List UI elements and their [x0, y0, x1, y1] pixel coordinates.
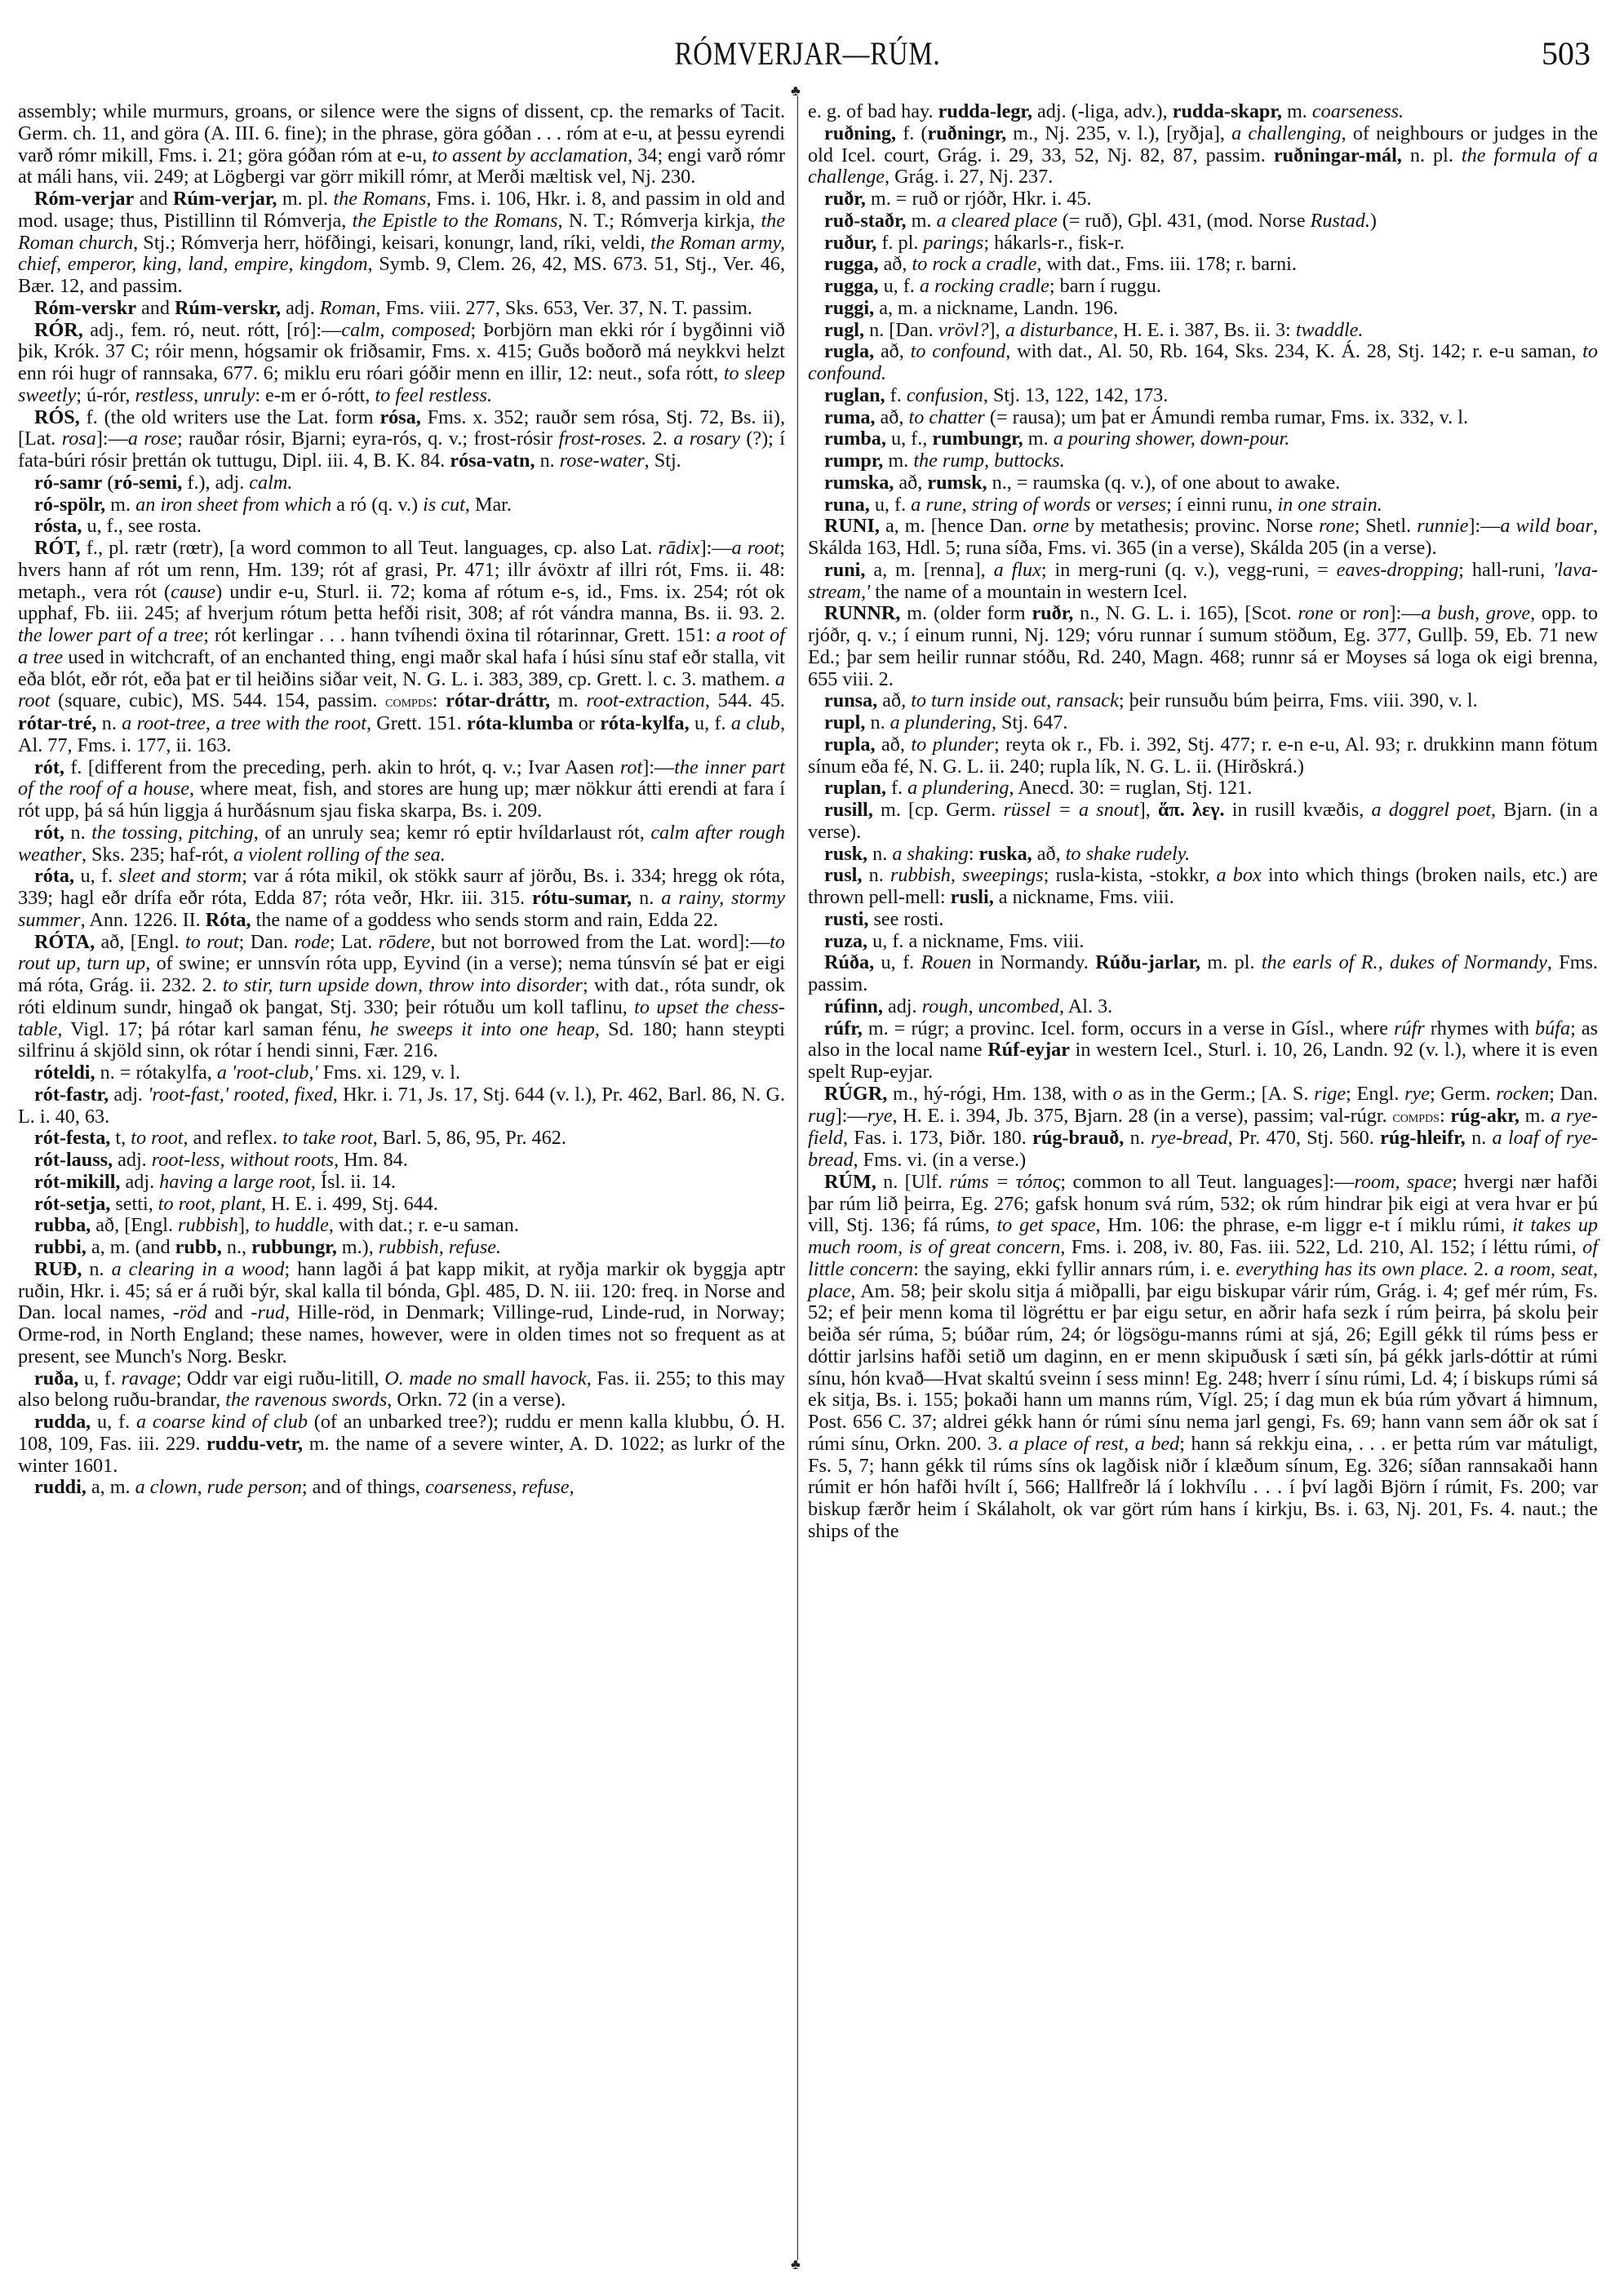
entry-text: , Orkn. 72 (in a verse). — [387, 1389, 566, 1411]
entry-text: m.), — [337, 1236, 379, 1258]
headword: rubba, — [34, 1214, 91, 1236]
dictionary-entry: rót, n. the tossing, pitching, of an unr… — [18, 822, 785, 867]
gloss: a clearing in a wood — [112, 1258, 285, 1280]
entry-text: ; barn í ruggu. — [1049, 275, 1161, 297]
entry-text: , but not borrowed from the Lat. word]:— — [430, 931, 770, 953]
entry-text: að, [Engl. — [95, 931, 185, 953]
entry-text: , 544. 45. — [705, 689, 785, 711]
gloss: rige — [1314, 1083, 1346, 1105]
entry-text: , Sks. 235; haf-rót, — [82, 844, 233, 866]
entry-text: ; rusla-kista, -stokkr, — [1044, 864, 1217, 886]
gloss: a rune, string of words — [911, 494, 1090, 516]
gloss: coarseness. — [1312, 100, 1404, 122]
headword: rót, — [34, 756, 64, 778]
headword: rumsk, — [927, 472, 987, 494]
headword: rusti, — [824, 908, 868, 930]
entry-text: , Grett. 151. — [366, 712, 467, 734]
gloss: the earls of R., dukes of Normandy — [1262, 951, 1547, 973]
dictionary-entry: rumba, u, f., rumbungr, m. a pouring sho… — [808, 428, 1598, 450]
gloss: the tossing, pitching — [91, 822, 254, 844]
entry-text: a, m. [hence Dan. — [880, 515, 1033, 537]
dictionary-entry: e. g. of bad hay. rudda-legr, adj. (-lig… — [808, 101, 1598, 123]
entry-text: , Mar. — [465, 494, 512, 516]
entry-text: , Fas. i. 173, Þiðr. 180. — [843, 1127, 1032, 1149]
gloss: is cut — [423, 494, 465, 516]
entry-text: or — [1333, 602, 1363, 624]
headword: ruska, — [979, 843, 1032, 865]
gloss: he sweeps it into one heap — [370, 1018, 595, 1040]
entry-text: n. — [82, 1258, 111, 1280]
headword: rugga, — [824, 275, 879, 297]
dictionary-entry: ruplan, f. a plundering, Anecd. 30: = ru… — [808, 778, 1598, 800]
entry-text: a, m. a nickname, Landn. 196. — [874, 297, 1118, 319]
gloss: to turn inside out, ransack — [911, 689, 1119, 711]
dictionary-entry: ró-samr (ró-semi, f.), adj. calm. — [18, 472, 785, 494]
dictionary-entry: ruddi, a, m. a clown, rude person; and o… — [18, 1477, 785, 1499]
gloss: runnie — [1417, 515, 1468, 537]
entry-text: n., — [222, 1236, 251, 1258]
gloss: in one strain. — [1277, 494, 1382, 516]
headword: rót-setja, — [34, 1193, 110, 1215]
entry-text: the name of a goddess who sends storm an… — [251, 909, 718, 931]
entry-text: u, f. — [78, 1367, 121, 1390]
gloss: vrövl? — [938, 319, 989, 341]
entry-text: , Hm. 106: the phrase, e-m liggr e-t í m… — [1096, 1214, 1513, 1236]
entry-text: ; hall-runi, — [1458, 559, 1553, 581]
entry-text: ]:— — [1468, 515, 1500, 537]
entry-text: , with dat., Fms. iii. 178; r. barni. — [1036, 253, 1296, 275]
entry-text: ; Dan. — [1549, 1083, 1598, 1105]
entry-text: : the saying, ekki fyllir annars rúm, i.… — [913, 1258, 1236, 1280]
headword: rót-mikill, — [34, 1171, 120, 1193]
gloss: eaves-dropping — [1337, 559, 1459, 581]
dictionary-entry: RÚM, n. [Ulf. rúms = τόπος; common to al… — [808, 1172, 1598, 1543]
gloss: a place of rest, a bed — [1009, 1433, 1179, 1455]
gloss: to rout — [185, 931, 239, 953]
entry-text: m. = rúgr; a provinc. Icel. form, occurs… — [863, 1017, 1394, 1039]
headword: RUNI, — [824, 515, 880, 537]
dictionary-entry: rugla, að, to confound, with dat., Al. 5… — [808, 341, 1598, 385]
headword: rudda, — [34, 1411, 91, 1433]
gloss: root-extraction — [586, 689, 705, 711]
dictionary-entry: ruza, u, f. a nickname, Fms. viii. — [808, 931, 1598, 953]
entry-text: , Stj. 647. — [992, 711, 1067, 734]
headword: RÓT, — [34, 537, 81, 559]
headword: RÚGR, — [824, 1083, 887, 1105]
gloss: a challenging — [1231, 122, 1341, 144]
entry-text: m. — [1023, 428, 1054, 450]
headword: rupl, — [824, 711, 865, 734]
gloss: to assent by acclamation — [432, 144, 628, 166]
dictionary-entry: ruðr, m. = ruð or rjóðr, Hkr. i. 45. — [808, 188, 1598, 211]
entry-text: see rosti. — [868, 908, 943, 930]
entry-text: m. pl. — [277, 188, 333, 210]
headword: rumska, — [824, 472, 894, 494]
entry-text: f. ( — [896, 122, 928, 144]
dictionary-entry: RÓTA, að, [Engl. to rout; Dan. rode; Lat… — [18, 932, 785, 1063]
entry-text: m. — [1282, 100, 1312, 122]
gloss: rode — [294, 931, 329, 953]
dictionary-entry: RUÐ, n. a clearing in a wood; hann lagði… — [18, 1259, 785, 1368]
entry-text: , Pr. 470, Stj. 560. — [1228, 1127, 1381, 1149]
headword: rót, — [34, 822, 64, 844]
entry-text: adj. (-liga, adv.), — [1032, 100, 1173, 122]
entry-text: n. [Dan. — [864, 319, 938, 341]
gloss: frost-roses. — [559, 428, 647, 450]
entry-text: , Hm. 84. — [334, 1149, 408, 1171]
gloss: an iron sheet from which — [135, 494, 331, 516]
dictionary-entry: rót-lauss, adj. root-less, without roots… — [18, 1150, 785, 1172]
entry-text: , Al. 3. — [1059, 995, 1112, 1017]
entry-text: m. — [550, 689, 586, 711]
gloss: 'root-fast,' rooted, fixed — [148, 1084, 333, 1106]
dictionary-entry: RÓS, f. (the old writers use the Lat. fo… — [18, 407, 785, 472]
gloss: ravage — [122, 1367, 176, 1390]
gloss: rúms = τόπος — [949, 1171, 1060, 1193]
headword: rusk, — [824, 843, 867, 865]
entry-text: n. — [96, 712, 122, 734]
entry-text: u, f. — [91, 1411, 136, 1433]
gloss: twaddle. — [1296, 319, 1364, 341]
gloss: to shake rudely. — [1066, 843, 1190, 865]
page-number: 503 — [1542, 34, 1591, 73]
entry-text: n. — [632, 887, 661, 909]
gloss: room, space — [1354, 1171, 1452, 1193]
headword: rudda-legr, — [938, 100, 1032, 122]
entry-text: , Anecd. 30: = ruglan, Stj. 121. — [1009, 777, 1252, 799]
entry-text: ; Lat. — [330, 931, 379, 953]
gloss: a root — [732, 537, 780, 559]
entry-text: f. [different from the preceding, perh. … — [64, 756, 620, 778]
gloss: rot — [620, 756, 642, 778]
entry-text: the name of a mountain in western Icel. — [870, 581, 1187, 603]
entry-text: , H. E. i. 499, Stj. 644. — [261, 1193, 438, 1215]
headword: rúfr, — [824, 1017, 863, 1039]
headword: ruma, — [824, 406, 875, 428]
headword: ruðningar-mál, — [1274, 144, 1402, 166]
headword: ruðning, — [824, 122, 896, 144]
gloss: to rock a cradle — [912, 253, 1037, 275]
gloss: to feel restless. — [375, 384, 492, 406]
gloss: rubbish, sweepings — [890, 864, 1044, 886]
dictionary-entry: Rúða, u, f. Rouen in Normandy. Rúðu-jarl… — [808, 952, 1598, 996]
headword: rumba, — [824, 428, 886, 450]
right-column: e. g. of bad hay. rudda-legr, adj. (-lig… — [808, 101, 1598, 1543]
gloss: búfa — [1535, 1017, 1570, 1039]
gloss: the ravenous swords — [225, 1389, 387, 1411]
entry-text: : — [969, 843, 979, 865]
headword: runi, — [824, 559, 865, 581]
entry-text: ]:— — [836, 1105, 867, 1127]
entry-text: m. — [907, 210, 937, 232]
headword: Rúm-verjar, — [173, 188, 277, 210]
entry-text: rhymes with — [1425, 1017, 1535, 1039]
headword: rugl, — [824, 319, 864, 341]
gloss: a rose — [128, 428, 177, 450]
headword: rótu-sumar, — [532, 887, 632, 909]
gloss: a bush, grove — [1421, 602, 1530, 624]
dictionary-entry: rubbi, a, m. (and rubb, n., rubbungr, m.… — [18, 1237, 785, 1259]
headword: ruð-staðr, — [824, 210, 907, 232]
headword: ró-spölr, — [34, 494, 105, 516]
gloss: root-less, without roots — [152, 1149, 334, 1171]
dictionary-entry: RUNI, a, m. [hence Dan. orne by metathes… — [808, 516, 1598, 560]
column-ornament-bottom-icon: ♣ — [791, 2257, 801, 2272]
gloss: rone — [1319, 515, 1354, 537]
dictionary-entry: RUNNR, m. (older form ruðr, n., N. G. L.… — [808, 603, 1598, 690]
entry-text: u, f. — [690, 712, 731, 734]
gloss: to stir, turn upside down, throw into di… — [223, 974, 583, 996]
entry-text: as in the Germ.; [A. S. — [1123, 1083, 1315, 1105]
entry-text: ; and of things, — [302, 1476, 425, 1498]
dictionary-entry: ró-spölr, m. an iron sheet from which a … — [18, 494, 785, 516]
gloss: Rouen — [921, 951, 972, 973]
entry-text: að, — [879, 253, 912, 275]
entry-text: , Fms. i. 208, iv. 80, Fas. iii. 522, Ld… — [1060, 1236, 1582, 1258]
headword: Rúm-verskr, — [175, 297, 281, 319]
gloss: -rud — [251, 1301, 285, 1323]
entry-text: , Barl. 5, 86, 95, Pr. 462. — [373, 1127, 566, 1149]
gloss: rough, uncombed — [922, 995, 1059, 1017]
entry-text: ]:— — [700, 537, 732, 559]
dictionary-entry: rusill, m. [cp. Germ. rüssel = a snout],… — [808, 800, 1598, 844]
gloss: verses — [1117, 494, 1166, 516]
entry-text: , N. T.; Rómverja kirkja, — [558, 210, 761, 232]
gloss: everything has its own place. — [1236, 1258, 1468, 1280]
entry-text: u, f. — [870, 494, 911, 516]
entry-text: and — [136, 297, 175, 319]
dictionary-entry: rósta, u, f., see rosta. — [18, 516, 785, 538]
dictionary-entry: rumpr, m. the rump, buttocks. — [808, 450, 1598, 472]
gloss: the Epistle to the Romans — [353, 210, 558, 232]
dictionary-entry: ruð-staðr, m. a cleared place (= ruð), G… — [808, 211, 1598, 233]
gloss: restless, unruly — [135, 384, 255, 406]
gloss: a disturbance — [1005, 319, 1113, 341]
running-title: RÓMVERJAR—RÚM. — [145, 34, 1470, 73]
entry-text: ( — [102, 472, 113, 494]
gloss: O. made no small havock — [384, 1367, 587, 1390]
gloss: calm. — [249, 472, 292, 494]
entry-text: ]:— — [1389, 602, 1421, 624]
entry-text: ; Engl. — [1346, 1083, 1404, 1105]
headword: Rúða, — [824, 951, 874, 973]
gloss: confusion — [907, 384, 983, 406]
entry-text: , Grág. i. 27, Nj. 237. — [885, 166, 1053, 188]
entry-text: u, f., — [886, 428, 932, 450]
dictionary-entry: assembly; while murmurs, groans, or sile… — [18, 101, 785, 188]
entry-text: adj. — [109, 1084, 148, 1106]
dictionary-entry: rudda, u, f. a coarse kind of club (of a… — [18, 1412, 785, 1477]
headword: ró-semi, — [113, 472, 182, 494]
gloss: a plundering — [907, 777, 1009, 799]
dictionary-entry: rupl, n. a plundering, Stj. 647. — [808, 712, 1598, 734]
headword: ruza, — [824, 930, 867, 952]
gloss: -röd — [173, 1301, 207, 1323]
entry-text: a, m. — [87, 1476, 135, 1498]
gloss: rye-bread — [1151, 1127, 1227, 1149]
dictionary-entry: runsa, að, to turn inside out, ransack; … — [808, 690, 1598, 712]
headword: rósta, — [34, 515, 82, 537]
dictionary-entry: rumska, að, rumsk, n., = raumska (q. v.)… — [808, 472, 1598, 494]
dictionary-entry: rugl, n. [Dan. vrövl?], a disturbance, H… — [808, 320, 1598, 342]
entry-text: t, — [110, 1127, 131, 1149]
entry-text: n. pl. — [1402, 144, 1462, 166]
entry-text: f. pl. — [876, 232, 923, 254]
entry-text: by metathesis; provinc. Norse — [1069, 515, 1319, 537]
entry-text: að, — [876, 734, 912, 756]
headword: ruggi, — [824, 297, 874, 319]
gloss: the rump, buttocks. — [913, 450, 1064, 472]
gloss: Rustad. — [1311, 210, 1370, 232]
headword: RÓS, — [34, 406, 80, 428]
entry-text: m. [cp. Germ. — [873, 799, 1004, 821]
headword: RÓTA, — [34, 931, 95, 953]
dictionary-entry: ruglan, f. confusion, Stj. 13, 122, 142,… — [808, 385, 1598, 407]
dictionary-entry: ruða, u, f. ravage; Oddr var eigi ruðu-l… — [18, 1368, 785, 1412]
entry-text: ; common to all Teut. languages]:— — [1060, 1171, 1354, 1193]
headword: rumbungr, — [932, 428, 1023, 450]
entry-text: ]:— — [96, 428, 128, 450]
entry-text: , Vigl. 17; þá rótar karl saman fénu, — [57, 1018, 370, 1040]
headword: rót-fastr, — [34, 1084, 109, 1106]
entry-text: n., = raumska (q. v.), of one about to a… — [987, 472, 1341, 494]
dictionary-entry: rusk, n. a shaking: ruska, að, to shake … — [808, 844, 1598, 866]
entry-text: u, f. — [874, 951, 921, 973]
headword: RUÐ, — [34, 1258, 82, 1280]
entry-text: f. — [886, 777, 907, 799]
entry-text: ; í einni runu, — [1166, 494, 1277, 516]
gloss: rone — [1298, 602, 1333, 624]
headword: rúg-akr, — [1450, 1105, 1519, 1127]
entry-text: adj. — [120, 1171, 159, 1193]
headword: rósa, — [379, 406, 420, 428]
entry-text: 2. — [1468, 1258, 1494, 1280]
gloss: orne — [1033, 515, 1069, 537]
entry-text: (= ruð), Gþl. 431, (mod. Norse — [1058, 210, 1311, 232]
gloss: ron — [1363, 602, 1390, 624]
entry-text: , Fms. viii. 277, Sks. 653, Ver. 37, N. … — [375, 297, 752, 319]
gloss: o — [1113, 1083, 1123, 1105]
dictionary-entry: róteldi, n. = rótakylfa, a 'root-club,' … — [18, 1062, 785, 1084]
dictionary-entry: rót-fastr, adj. 'root-fast,' rooted, fix… — [18, 1084, 785, 1128]
entry-text: u, f. a nickname, Fms. viii. — [867, 930, 1084, 952]
entry-text: , Stj. 13, 122, 142, 173. — [983, 384, 1168, 406]
gloss: cause — [171, 581, 215, 603]
gloss: rubbish, refuse. — [379, 1236, 501, 1258]
entry-text: ) — [1370, 210, 1377, 232]
entry-text: , and reflex. — [184, 1127, 283, 1149]
entry-text: adj. — [281, 297, 320, 319]
gloss: to plunder — [911, 734, 994, 756]
headword: ruglan, — [824, 384, 885, 406]
gloss: a flux — [994, 559, 1041, 581]
entry-text: adj., fem. ró, neut. rótt, [ró]:— — [83, 319, 342, 341]
gloss: a doggrel poet — [1371, 799, 1490, 821]
dictionary-entry: ruðning, f. (ruðningr, m., Nj. 235, v. l… — [808, 123, 1598, 188]
headword: rótar-dráttr, — [446, 689, 550, 711]
entry-text: m. — [1520, 1105, 1551, 1127]
gloss: sleet and storm — [119, 865, 242, 887]
entry-text: f. (the old writers use the Lat. form — [80, 406, 380, 428]
dictionary-entry: runa, u, f. a rune, string of words or v… — [808, 494, 1598, 516]
entry-text: ; rauðar rósir, Bjarni; eyra-rós, q. v.;… — [177, 428, 559, 450]
entry-text: , Ísl. ii. 14. — [311, 1171, 396, 1193]
entry-text: ; rót kerlingar . . . hann tvíhendi öxin… — [203, 624, 717, 646]
headword: Rúf-eyjar — [987, 1039, 1070, 1061]
dictionary-entry: ruma, að, to chatter (= rausa); um þat e… — [808, 407, 1598, 429]
gloss: a box — [1216, 864, 1261, 886]
gloss: rye — [1404, 1083, 1430, 1105]
gloss: a rocking cradle — [920, 275, 1049, 297]
dictionary-entry: rúfr, m. = rúgr; a provinc. Icel. form, … — [808, 1018, 1598, 1084]
dictionary-entry: rugga, að, to rock a cradle, with dat., … — [808, 254, 1598, 276]
entry-text: ; in merg-runi (q. v.), vegg-runi, = — [1041, 559, 1337, 581]
dictionary-entry: RÚGR, m., hý-rógi, Hm. 138, with o as in… — [808, 1084, 1598, 1172]
gloss: rose-water — [560, 450, 645, 472]
entry-text: a, m. [renna], — [865, 559, 993, 581]
gloss: rocken — [1496, 1083, 1549, 1105]
gloss: rādix — [659, 537, 700, 559]
entry-text: u, f., see rosta. — [82, 515, 201, 537]
headword: rubbungr, — [251, 1236, 337, 1258]
entry-text: n. = rótakylfa, — [95, 1062, 217, 1084]
gloss: a wild boar — [1500, 515, 1593, 537]
headword: rugga, — [824, 253, 879, 275]
entry-text: að, — [1032, 843, 1066, 865]
headword: Róm-verskr — [34, 297, 136, 319]
headword: runa, — [824, 494, 870, 516]
headword: runsa, — [824, 689, 877, 711]
entry-text: 2. — [646, 428, 673, 450]
entry-text: , H. E. i. 394, Jb. 375, Bjarn. 28 (in a… — [892, 1105, 1392, 1127]
dictionary-entry: Róm-verjar and Rúm-verjar, m. pl. the Ro… — [18, 188, 785, 298]
entry-text: m. — [105, 494, 135, 516]
dictionary-entry: RÓR, adj., fem. ró, neut. rótt, [ró]:—ca… — [18, 320, 785, 407]
gloss: rúfr — [1394, 1017, 1425, 1039]
entry-text: or — [1090, 494, 1116, 516]
gloss: rüssel = a snout — [1004, 799, 1139, 821]
dictionary-entry: rót-festa, t, to root, and reflex. to ta… — [18, 1128, 785, 1150]
entry-text: n. — [865, 711, 890, 734]
entry-text: m., Nj. 235, v. l.), [ryðja], — [1006, 122, 1231, 144]
entry-text: f. — [885, 384, 907, 406]
headword: ἅπ. λεγ. — [1158, 799, 1225, 821]
entry-text: m. (older form — [900, 602, 1032, 624]
dictionary-entry: rupla, að, to plunder; reyta ok r., Fb. … — [808, 734, 1598, 778]
gloss: a root-tree, a tree with the root — [122, 712, 366, 734]
entry-text: compds — [1392, 1108, 1440, 1126]
gloss: to root — [131, 1127, 183, 1149]
entry-text: n., N. G. L. i. 165), [Scot. — [1073, 602, 1298, 624]
page-header: RÓMVERJAR—RÚM. 503 — [0, 18, 1615, 75]
headword: rúg-brauð, — [1032, 1127, 1124, 1149]
entry-text: n. — [1124, 1127, 1151, 1149]
entry-text: ; ú-rór, — [76, 384, 135, 406]
entry-text: u, f. — [879, 275, 920, 297]
headword: ró-samr — [34, 472, 102, 494]
dictionary-entry: rusti, see rosti. — [808, 909, 1598, 931]
entry-text: in rusill kvæðis, — [1225, 799, 1372, 821]
entry-text: e. g. of bad hay. — [808, 100, 938, 122]
headword: rubb, — [175, 1236, 222, 1258]
gloss: Roman — [320, 297, 376, 319]
headword: rupla, — [824, 734, 876, 756]
headword: rúg-hleifr, — [1380, 1127, 1466, 1149]
headword: ruplan, — [824, 777, 886, 799]
entry-text: f.), adj. — [182, 472, 249, 494]
headword: Róta, — [206, 909, 251, 931]
dictionary-entry: rót-setja, setti, to root, plant, H. E. … — [18, 1194, 785, 1216]
